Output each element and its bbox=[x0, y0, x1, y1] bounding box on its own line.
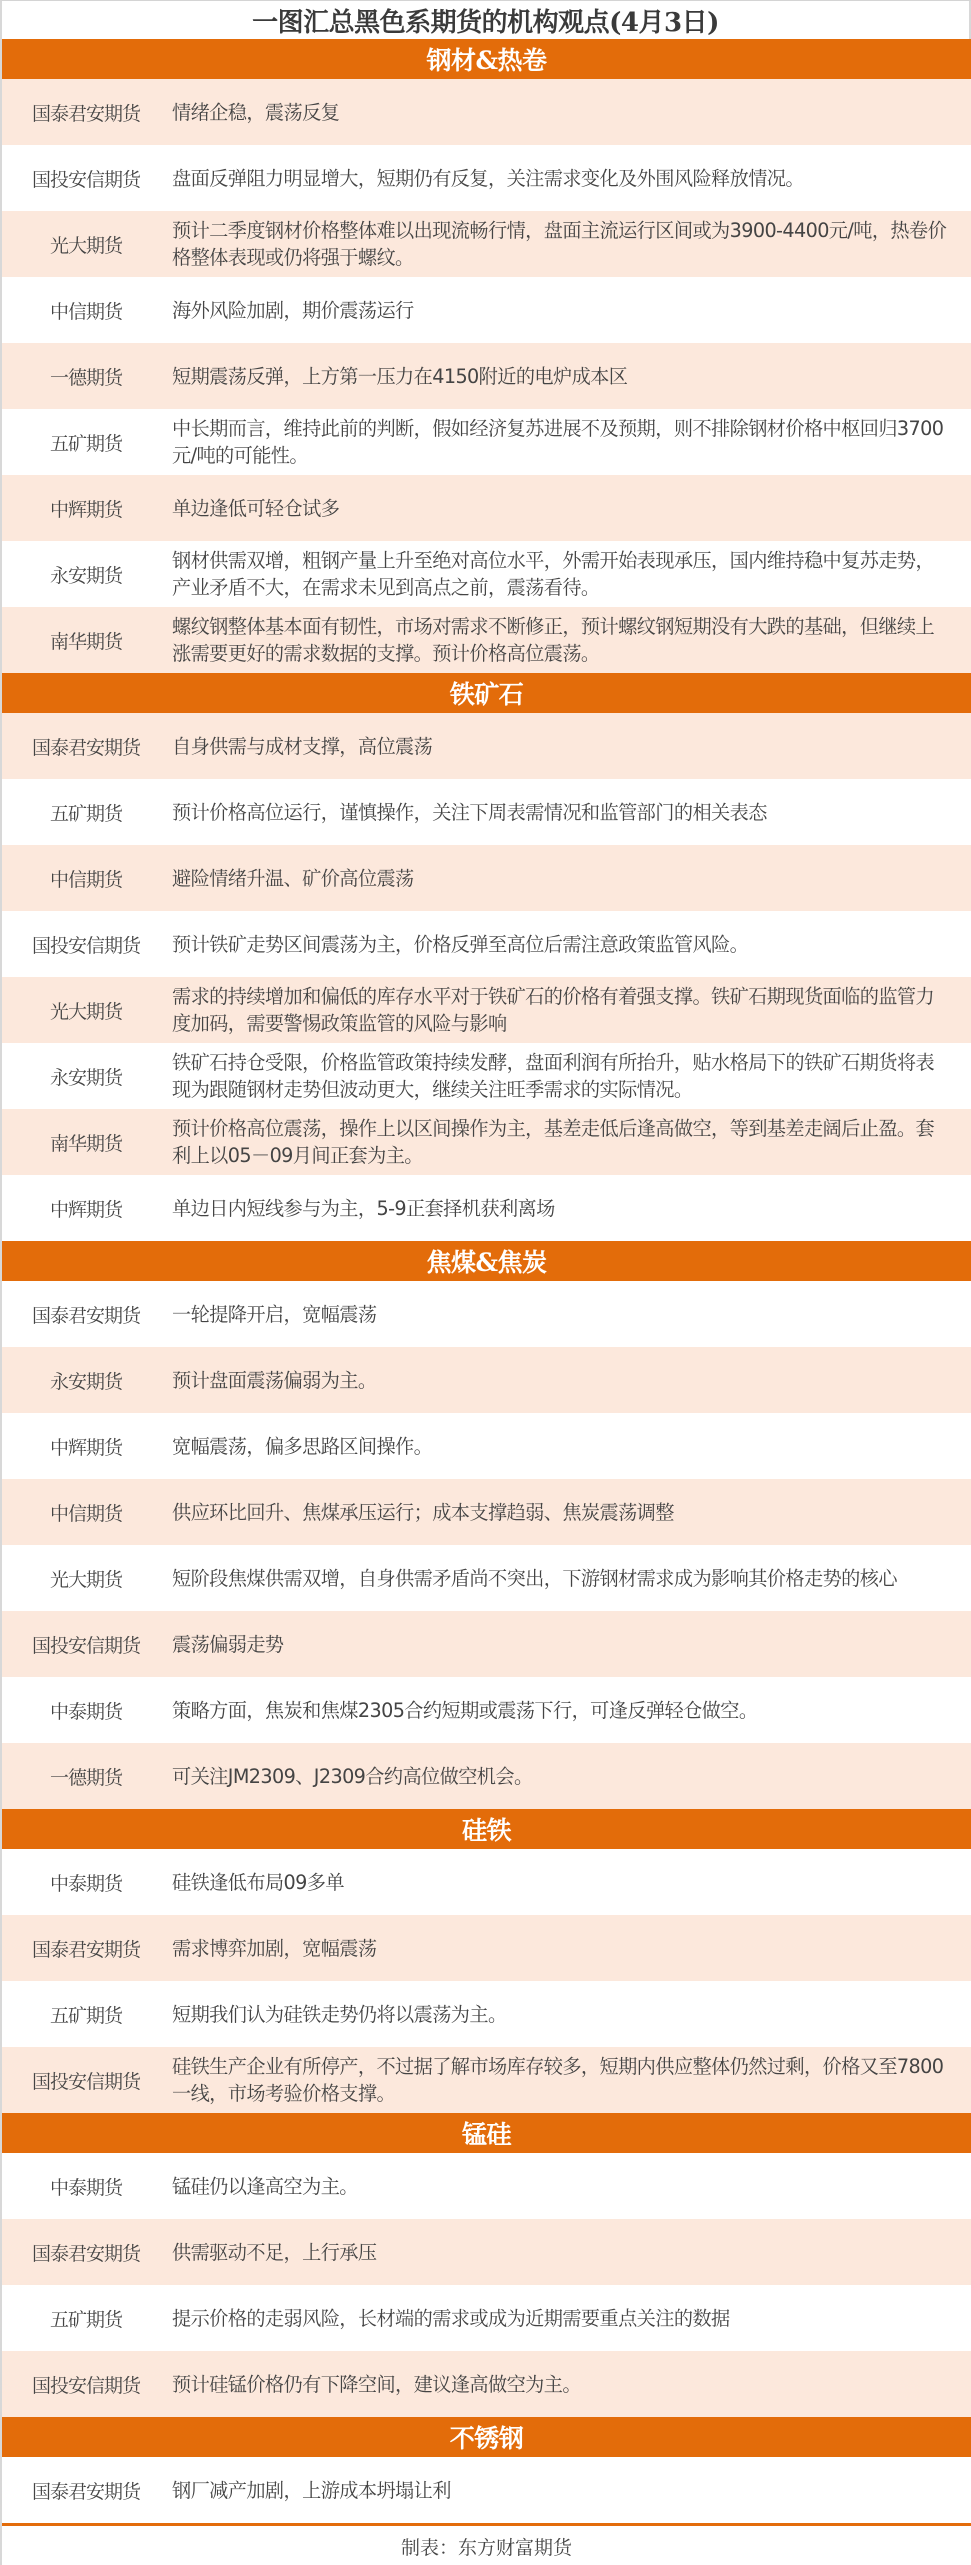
institution-name: 国泰君安期货 bbox=[2, 733, 170, 760]
institution-name: 国泰君安期货 bbox=[2, 2477, 170, 2504]
table-row: 五矿期货预计价格高位运行，谨慎操作，关注下周表需情况和监管部门的相关表态 bbox=[2, 779, 971, 845]
table-row: 国泰君安期货需求博弈加剧，宽幅震荡 bbox=[2, 1915, 971, 1981]
table-row: 国投安信期货硅铁生产企业有所停产，不过据了解市场库存较多，短期内供应整体仍然过剩… bbox=[2, 2047, 971, 2113]
institution-view: 钢材供需双增，粗钢产量上升至绝对高位水平，外需开始表现承压，国内维持稳中复苏走势… bbox=[170, 547, 971, 601]
institution-name: 五矿期货 bbox=[2, 429, 170, 456]
table-row: 中信期货供应环比回升、焦煤承压运行；成本支撑趋弱、焦炭震荡调整 bbox=[2, 1479, 971, 1545]
institution-view: 供应环比回升、焦煤承压运行；成本支撑趋弱、焦炭震荡调整 bbox=[170, 1499, 971, 1526]
institution-name: 中辉期货 bbox=[2, 495, 170, 522]
institution-name: 中泰期货 bbox=[2, 1869, 170, 1896]
table-row: 中辉期货宽幅震荡，偏多思路区间操作。 bbox=[2, 1413, 971, 1479]
table-row: 一德期货可关注JM2309、J2309合约高位做空机会。 bbox=[2, 1743, 971, 1809]
institution-name: 中泰期货 bbox=[2, 1697, 170, 1724]
table-row: 中泰期货策略方面，焦炭和焦煤2305合约短期或震荡下行，可逢反弹轻仓做空。 bbox=[2, 1677, 971, 1743]
table-row: 五矿期货提示价格的走弱风险，长材端的需求或成为近期需要重点关注的数据 bbox=[2, 2285, 971, 2351]
institution-name: 五矿期货 bbox=[2, 2305, 170, 2332]
footer-credit: 制表：东方财富期货 bbox=[2, 2526, 971, 2565]
table-row: 国泰君安期货一轮提降开启，宽幅震荡 bbox=[2, 1281, 971, 1347]
institution-view: 单边逢低可轻仓试多 bbox=[170, 495, 971, 522]
institution-view: 海外风险加剧，期价震荡运行 bbox=[170, 297, 971, 324]
table-row: 国投安信期货预计硅锰价格仍有下降空间，建议逢高做空为主。 bbox=[2, 2351, 971, 2417]
institution-view: 避险情绪升温、矿价高位震荡 bbox=[170, 865, 971, 892]
institution-name: 国泰君安期货 bbox=[2, 99, 170, 126]
institution-view: 震荡偏弱走势 bbox=[170, 1631, 971, 1658]
institution-view: 宽幅震荡，偏多思路区间操作。 bbox=[170, 1433, 971, 1460]
table-row: 中泰期货硅铁逢低布局09多单 bbox=[2, 1849, 971, 1915]
institution-name: 光大期货 bbox=[2, 1565, 170, 1592]
institution-name: 中信期货 bbox=[2, 1499, 170, 1526]
institution-view: 硅铁逢低布局09多单 bbox=[170, 1869, 971, 1896]
table-row: 中信期货避险情绪升温、矿价高位震荡 bbox=[2, 845, 971, 911]
institution-name: 中泰期货 bbox=[2, 2173, 170, 2200]
institution-name: 光大期货 bbox=[2, 231, 170, 258]
institution-name: 国投安信期货 bbox=[2, 165, 170, 192]
section-header: 焦煤&焦炭 bbox=[2, 1241, 971, 1281]
institution-name: 五矿期货 bbox=[2, 799, 170, 826]
institution-name: 光大期货 bbox=[2, 997, 170, 1024]
table-row: 南华期货螺纹钢整体基本面有韧性，市场对需求不断修正，预计螺纹钢短期没有大跌的基础… bbox=[2, 607, 971, 673]
institution-view: 策略方面，焦炭和焦煤2305合约短期或震荡下行，可逢反弹轻仓做空。 bbox=[170, 1697, 971, 1724]
institution-view: 中长期而言，维持此前的判断，假如经济复苏进展不及预期，则不排除钢材价格中枢回归3… bbox=[170, 415, 971, 469]
institution-view: 预计价格高位震荡，操作上以区间操作为主，基差走低后逢高做空，等到基差走阔后止盈。… bbox=[170, 1115, 971, 1169]
section-header: 铁矿石 bbox=[2, 673, 971, 713]
institution-view: 短期我们认为硅铁走势仍将以震荡为主。 bbox=[170, 2001, 971, 2028]
table-row: 中泰期货锰硅仍以逢高空为主。 bbox=[2, 2153, 971, 2219]
institution-name: 中辉期货 bbox=[2, 1195, 170, 1222]
institution-name: 一德期货 bbox=[2, 1763, 170, 1790]
section-header: 锰硅 bbox=[2, 2113, 971, 2153]
institution-view: 需求的持续增加和偏低的库存水平对于铁矿石的价格有着强支撑。铁矿石期现货面临的监管… bbox=[170, 983, 971, 1037]
institution-view: 供需驱动不足，上行承压 bbox=[170, 2239, 971, 2266]
institution-name: 中信期货 bbox=[2, 865, 170, 892]
sections-container: 钢材&热卷国泰君安期货情绪企稳，震荡反复国投安信期货盘面反弹阻力明显增大，短期仍… bbox=[2, 39, 971, 2523]
institution-name: 南华期货 bbox=[2, 627, 170, 654]
institution-name: 南华期货 bbox=[2, 1129, 170, 1156]
institution-view: 预计价格高位运行，谨慎操作，关注下周表需情况和监管部门的相关表态 bbox=[170, 799, 971, 826]
table-row: 国泰君安期货自身供需与成材支撑，高位震荡 bbox=[2, 713, 971, 779]
infographic-page: 一图汇总黑色系期货的机构观点(4月3日) 钢材&热卷国泰君安期货情绪企稳，震荡反… bbox=[0, 0, 971, 2565]
institution-view: 预计二季度钢材价格整体难以出现流畅行情，盘面主流运行区间或为3900-4400元… bbox=[170, 217, 971, 271]
institution-view: 单边日内短线参与为主，5-9正套择机获利离场 bbox=[170, 1195, 971, 1222]
institution-view: 自身供需与成材支撑，高位震荡 bbox=[170, 733, 971, 760]
institution-view: 提示价格的走弱风险，长材端的需求或成为近期需要重点关注的数据 bbox=[170, 2305, 971, 2332]
section-header: 钢材&热卷 bbox=[2, 39, 971, 79]
institution-name: 国投安信期货 bbox=[2, 931, 170, 958]
institution-view: 短期震荡反弹，上方第一压力在4150附近的电炉成本区 bbox=[170, 363, 971, 390]
section-header: 硅铁 bbox=[2, 1809, 971, 1849]
institution-view: 一轮提降开启，宽幅震荡 bbox=[170, 1301, 971, 1328]
institution-view: 情绪企稳，震荡反复 bbox=[170, 99, 971, 126]
institution-view: 铁矿石持仓受限，价格监管政策持续发酵，盘面利润有所抬升，贴水格局下的铁矿石期货将… bbox=[170, 1049, 971, 1103]
institution-view: 预计铁矿走势区间震荡为主，价格反弹至高位后需注意政策监管风险。 bbox=[170, 931, 971, 958]
institution-view: 螺纹钢整体基本面有韧性，市场对需求不断修正，预计螺纹钢短期没有大跌的基础，但继续… bbox=[170, 613, 971, 667]
table-row: 光大期货短阶段焦煤供需双增，自身供需矛盾尚不突出，下游钢材需求成为影响其价格走势… bbox=[2, 1545, 971, 1611]
institution-view: 需求博弈加剧，宽幅震荡 bbox=[170, 1935, 971, 1962]
institution-view: 可关注JM2309、J2309合约高位做空机会。 bbox=[170, 1763, 971, 1790]
institution-name: 国泰君安期货 bbox=[2, 2239, 170, 2266]
institution-name: 一德期货 bbox=[2, 363, 170, 390]
table-row: 国泰君安期货钢厂减产加剧，上游成本坍塌让利 bbox=[2, 2457, 971, 2523]
table-row: 永安期货铁矿石持仓受限，价格监管政策持续发酵，盘面利润有所抬升，贴水格局下的铁矿… bbox=[2, 1043, 971, 1109]
table-row: 光大期货预计二季度钢材价格整体难以出现流畅行情，盘面主流运行区间或为3900-4… bbox=[2, 211, 971, 277]
table-row: 中辉期货单边逢低可轻仓试多 bbox=[2, 475, 971, 541]
table-row: 中辉期货单边日内短线参与为主，5-9正套择机获利离场 bbox=[2, 1175, 971, 1241]
institution-view: 锰硅仍以逢高空为主。 bbox=[170, 2173, 971, 2200]
institution-name: 永安期货 bbox=[2, 561, 170, 588]
institution-view: 预计盘面震荡偏弱为主。 bbox=[170, 1367, 971, 1394]
institution-view: 硅铁生产企业有所停产，不过据了解市场库存较多，短期内供应整体仍然过剩，价格又至7… bbox=[170, 2053, 971, 2107]
table-row: 国投安信期货盘面反弹阻力明显增大，短期仍有反复，关注需求变化及外围风险释放情况。 bbox=[2, 145, 971, 211]
table-row: 国泰君安期货情绪企稳，震荡反复 bbox=[2, 79, 971, 145]
institution-name: 国泰君安期货 bbox=[2, 1301, 170, 1328]
institution-view: 预计硅锰价格仍有下降空间，建议逢高做空为主。 bbox=[170, 2371, 971, 2398]
institution-name: 国投安信期货 bbox=[2, 2067, 170, 2094]
section-header: 不锈钢 bbox=[2, 2417, 971, 2457]
table-row: 五矿期货中长期而言，维持此前的判断，假如经济复苏进展不及预期，则不排除钢材价格中… bbox=[2, 409, 971, 475]
table-row: 中信期货海外风险加剧，期价震荡运行 bbox=[2, 277, 971, 343]
table-row: 国投安信期货预计铁矿走势区间震荡为主，价格反弹至高位后需注意政策监管风险。 bbox=[2, 911, 971, 977]
institution-name: 中信期货 bbox=[2, 297, 170, 324]
table-row: 南华期货预计价格高位震荡，操作上以区间操作为主，基差走低后逢高做空，等到基差走阔… bbox=[2, 1109, 971, 1175]
table-row: 国投安信期货震荡偏弱走势 bbox=[2, 1611, 971, 1677]
institution-name: 国投安信期货 bbox=[2, 2371, 170, 2398]
institution-name: 永安期货 bbox=[2, 1367, 170, 1394]
institution-view: 盘面反弹阻力明显增大，短期仍有反复，关注需求变化及外围风险释放情况。 bbox=[170, 165, 971, 192]
institution-name: 五矿期货 bbox=[2, 2001, 170, 2028]
institution-name: 永安期货 bbox=[2, 1063, 170, 1090]
table-row: 国泰君安期货供需驱动不足，上行承压 bbox=[2, 2219, 971, 2285]
table-row: 一德期货短期震荡反弹，上方第一压力在4150附近的电炉成本区 bbox=[2, 343, 971, 409]
table-row: 五矿期货短期我们认为硅铁走势仍将以震荡为主。 bbox=[2, 1981, 971, 2047]
institution-name: 国投安信期货 bbox=[2, 1631, 170, 1658]
table-row: 永安期货预计盘面震荡偏弱为主。 bbox=[2, 1347, 971, 1413]
page-title: 一图汇总黑色系期货的机构观点(4月3日) bbox=[2, 1, 971, 39]
table-row: 永安期货钢材供需双增，粗钢产量上升至绝对高位水平，外需开始表现承压，国内维持稳中… bbox=[2, 541, 971, 607]
institution-view: 钢厂减产加剧，上游成本坍塌让利 bbox=[170, 2477, 971, 2504]
institution-name: 中辉期货 bbox=[2, 1433, 170, 1460]
institution-name: 国泰君安期货 bbox=[2, 1935, 170, 1962]
institution-view: 短阶段焦煤供需双增，自身供需矛盾尚不突出，下游钢材需求成为影响其价格走势的核心 bbox=[170, 1565, 971, 1592]
table-row: 光大期货需求的持续增加和偏低的库存水平对于铁矿石的价格有着强支撑。铁矿石期现货面… bbox=[2, 977, 971, 1043]
